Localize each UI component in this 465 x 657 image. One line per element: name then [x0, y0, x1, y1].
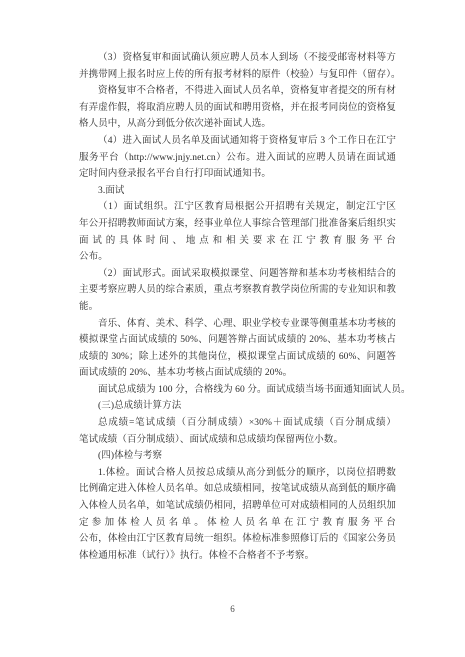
page-number: 6	[0, 604, 465, 614]
text-line: 主要考察应聘人员的综合素质，重点考察教育教学岗位所需的专业知识和教学技	[79, 282, 396, 299]
text-line: 并携带网上报名时应上传的所有报考材料的原件（校验）与复印件（留存）。	[79, 67, 396, 84]
text-line: (三)总成绩计算方法	[79, 398, 396, 415]
text-line: 笔试成绩（百分制成绩）、面试成绩和总成绩均保留两位小数。	[79, 432, 396, 449]
text-line: 公布，体检由江宁区教育局统一组织。体检标准参照修订后的《国家公务员录用	[79, 531, 396, 548]
document-lines: （3）资格复审和面试确认须应聘人员本人到场（不接受邮寄材料等方式），并携带网上报…	[79, 50, 396, 564]
text-line: 面试总成绩为 100 分，合格线为 60 分。面试成绩当场书面通知面试人员。	[79, 382, 396, 399]
text-line: (四)体检与考察	[79, 448, 396, 465]
text-line: 公布。	[79, 249, 396, 266]
text-line: 定参加体检人员名单。体检人员名单在江宁教育服务平台（http://www.jnj…	[79, 515, 396, 532]
text-line: 格人员中，从高分到低分依次递补面试人选。	[79, 116, 396, 133]
text-line: 体检通用标准（试行）》执行。体检不合格者不予考察。	[79, 548, 396, 565]
text-line: 定时间内登录报名平台自行打印面试通知书。	[79, 166, 396, 183]
text-line: 3.面试	[79, 183, 396, 200]
text-line: 1.体检。面试合格人员按总成绩从高分到低分的顺序，以岗位招聘数 1:1 的	[79, 465, 396, 482]
text-line: （2）面试形式。面试采取模拟课堂、问题答辩和基本功考核相结合的方式，	[79, 266, 396, 283]
text-line: （3）资格复审和面试确认须应聘人员本人到场（不接受邮寄材料等方式），	[79, 50, 396, 67]
text-line: （1）面试组织。江宁区教育局根据公开招聘有关规定，制定江宁区 2024	[79, 199, 396, 216]
text-line: 入体检人员名单，如笔试成绩仍相同，招聘单位可对成绩相同的人员组织加试确	[79, 498, 396, 515]
text-line: 资格复审不合格者，不得进入面试人员名单，资格复审者提交的所有材料如	[79, 83, 396, 100]
text-line: 比例确定进入体检人员名单。如总成绩相同，按笔试成绩从高到低的顺序确定进	[79, 481, 396, 498]
text-line: 音乐、体育、美术、科学、心理、职业学校专业课等侧重基本功考核的岗位，	[79, 316, 396, 333]
document-page: （3）资格复审和面试确认须应聘人员本人到场（不接受邮寄材料等方式），并携带网上报…	[0, 0, 465, 657]
text-line: 有弄虚作假，将取消应聘人员的面试和聘用资格，并在报考同岗位的资格复审合	[79, 100, 396, 117]
text-line: 服务平台（http://www.jnjy.net.cn）公布。进入面试的应聘人员…	[79, 150, 396, 167]
text-line: 成绩的 30%；除上述外的其他岗位，模拟课堂占面试成绩的 60%、问题答辩占	[79, 349, 396, 366]
text-line: 年公开招聘教师面试方案，经事业单位人事综合管理部门批准备案后组织实施。	[79, 216, 396, 233]
text-line: 总成绩=笔试成绩（百分制成绩）×30%＋面试成绩（百分制成绩）×70%，	[79, 415, 396, 432]
text-line: 面试成绩的 20%、基本功考核占面试成绩的 20%。	[79, 365, 396, 382]
text-line: 模拟课堂占面试成绩的 50%、问题答辩占面试成绩的 20%、基本功考核占面试	[79, 332, 396, 349]
text-line: （4）进入面试人员名单及面试通知将于资格复审后 3 个工作日在江宁教育	[79, 133, 396, 150]
text-line: 能。	[79, 299, 396, 316]
text-line: 面试的具体时间、地点和相关要求在江宁教育服务平台（http://www.jnjy…	[79, 233, 396, 250]
